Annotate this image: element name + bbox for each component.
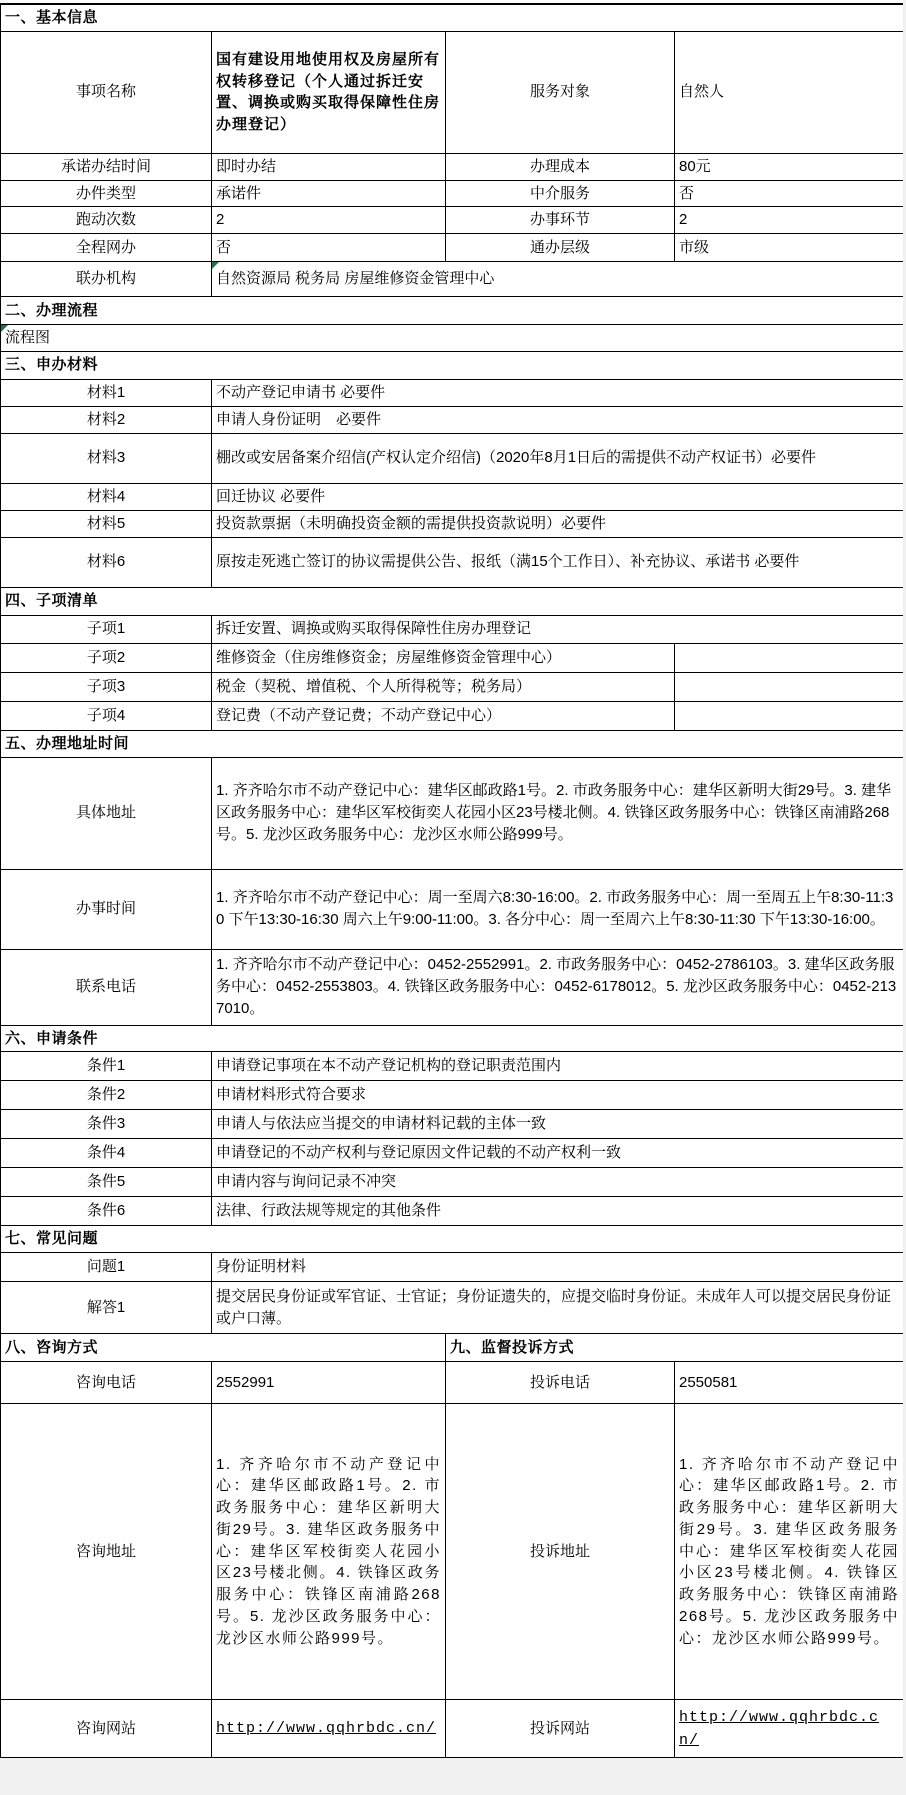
value-subitem-2: 维修资金（住房维修资金；房屋维修资金管理中心） — [212, 643, 675, 672]
label-trip-count: 跑动次数 — [1, 207, 212, 234]
value-complaint-website: http://www.qqhrbdc.cn/ — [675, 1700, 904, 1758]
section-title-basic-info: 一、基本信息 — [1, 4, 904, 31]
label-complaint-address: 投诉地址 — [446, 1404, 675, 1700]
label-condition-6: 条件6 — [1, 1197, 212, 1226]
value-consult-phone: 2552991 — [212, 1362, 446, 1404]
label-condition-3: 条件3 — [1, 1110, 212, 1139]
section-title-process: 二、办理流程 — [1, 297, 904, 325]
label-consult-address: 咨询地址 — [1, 1404, 212, 1700]
value-complaint-phone: 2550581 — [675, 1362, 904, 1404]
label-online-whole: 全程网办 — [1, 234, 212, 262]
flow-chart-cell: 流程图 — [1, 325, 904, 352]
value-condition-3: 申请人与依法应当提交的申请材料记载的主体一致 — [212, 1110, 904, 1139]
value-question-1: 身份证明材料 — [212, 1253, 904, 1282]
label-address: 具体地址 — [1, 757, 212, 869]
value-contact-phone: 1. 齐齐哈尔市不动产登记中心：0452-2552991。2. 市政务服务中心：… — [212, 949, 904, 1025]
label-material-1: 材料1 — [1, 379, 212, 406]
section-title-faq: 七、常见问题 — [1, 1226, 904, 1253]
value-handle-cost: 80元 — [675, 153, 904, 180]
value-agency-service: 否 — [675, 180, 904, 207]
label-item-name: 事项名称 — [1, 31, 212, 153]
value-material-1: 不动产登记申请书 必要件 — [212, 379, 904, 406]
label-material-2: 材料2 — [1, 406, 212, 433]
label-subitem-4: 子项4 — [1, 701, 212, 730]
label-agency-service: 中介服务 — [446, 180, 675, 207]
label-complaint-website: 投诉网站 — [446, 1700, 675, 1758]
label-subitem-1: 子项1 — [1, 615, 212, 643]
value-material-6: 原按走死逃亡签订的协议需提供公告、报纸（满15个工作日）、补充协议、承诺书 必要… — [212, 537, 904, 587]
label-consult-phone: 咨询电话 — [1, 1362, 212, 1404]
label-case-type: 办件类型 — [1, 180, 212, 207]
value-material-2: 申请人身份证明 必要件 — [212, 406, 904, 433]
value-material-4: 回迁协议 必要件 — [212, 483, 904, 510]
label-service-object: 服务对象 — [446, 31, 675, 153]
service-info-table: 一、基本信息 事项名称 国有建设用地使用权及房屋所有权转移登记（个人通过拆迁安置… — [0, 3, 904, 1758]
empty-cell — [675, 701, 904, 730]
label-joint-org: 联办机构 — [1, 262, 212, 297]
label-condition-2: 条件2 — [1, 1081, 212, 1110]
label-complaint-phone: 投诉电话 — [446, 1362, 675, 1404]
consult-website-link[interactable]: http://www.qqhrbdc.cn/ — [216, 1720, 436, 1737]
value-case-type: 承诺件 — [212, 180, 446, 207]
value-online-whole: 否 — [212, 234, 446, 262]
excel-green-triangle — [212, 262, 219, 269]
value-condition-5: 申请内容与询问记录不冲突 — [212, 1168, 904, 1197]
value-promise-time: 即时办结 — [212, 153, 446, 180]
value-item-name: 国有建设用地使用权及房屋所有权转移登记（个人通过拆迁安置、调换或购买取得保障性住… — [212, 31, 446, 153]
section-title-consult: 八、咨询方式 — [1, 1334, 446, 1362]
value-condition-4: 申请登记的不动产权利与登记原因文件记载的不动产权利一致 — [212, 1139, 904, 1168]
value-consult-address: 1. 齐齐哈尔市不动产登记中心：建华区邮政路1号。2. 市政务服务中心：建华区新… — [212, 1404, 446, 1700]
section-title-complaint: 九、监督投诉方式 — [446, 1334, 904, 1362]
value-office-hours: 1. 齐齐哈尔市不动产登记中心：周一至周六8:30-16:00。2. 市政务服务… — [212, 869, 904, 949]
value-subitem-4: 登记费（不动产登记费；不动产登记中心） — [212, 701, 675, 730]
section-title-address-time: 五、办理地址时间 — [1, 730, 904, 757]
label-condition-4: 条件4 — [1, 1139, 212, 1168]
label-material-4: 材料4 — [1, 483, 212, 510]
excel-green-triangle — [1, 325, 8, 332]
label-answer-1: 解答1 — [1, 1282, 212, 1334]
label-steps: 办事环节 — [446, 207, 675, 234]
label-promise-time: 承诺办结时间 — [1, 153, 212, 180]
value-service-object: 自然人 — [675, 31, 904, 153]
label-material-5: 材料5 — [1, 510, 212, 537]
section-title-subitems: 四、子项清单 — [1, 587, 904, 615]
label-question-1: 问题1 — [1, 1253, 212, 1282]
section-title-materials: 三、申办材料 — [1, 351, 904, 379]
empty-cell — [675, 672, 904, 701]
empty-cell — [675, 643, 904, 672]
label-material-3: 材料3 — [1, 433, 212, 483]
label-consult-website: 咨询网站 — [1, 1700, 212, 1758]
label-condition-1: 条件1 — [1, 1052, 212, 1081]
value-subitem-3: 税金（契税、增值税、个人所得税等；税务局） — [212, 672, 675, 701]
value-condition-2: 申请材料形式符合要求 — [212, 1081, 904, 1110]
value-answer-1: 提交居民身份证或军官证、士官证；身份证遗失的，应提交临时身份证。未成年人可以提交… — [212, 1282, 904, 1334]
value-subitem-1: 拆迁安置、调换或购买取得保障性住房办理登记 — [212, 615, 904, 643]
label-handle-cost: 办理成本 — [446, 153, 675, 180]
value-condition-1: 申请登记事项在本不动产登记机构的登记职责范围内 — [212, 1052, 904, 1081]
flow-chart-label: 流程图 — [5, 329, 50, 346]
value-universal-level: 市级 — [675, 234, 904, 262]
label-subitem-2: 子项2 — [1, 643, 212, 672]
label-subitem-3: 子项3 — [1, 672, 212, 701]
section-title-conditions: 六、申请条件 — [1, 1025, 904, 1052]
value-material-3: 棚改或安居备案介绍信(产权认定介绍信)（2020年8月1日后的需提供不动产权证书… — [212, 433, 904, 483]
joint-org-text: 自然资源局 税务局 房屋维修资金管理中心 — [216, 270, 494, 287]
value-joint-org: 自然资源局 税务局 房屋维修资金管理中心 — [212, 262, 904, 297]
label-office-hours: 办事时间 — [1, 869, 212, 949]
service-info-sheet: 一、基本信息 事项名称 国有建设用地使用权及房屋所有权转移登记（个人通过拆迁安置… — [0, 0, 903, 1758]
value-complaint-address: 1. 齐齐哈尔市不动产登记中心：建华区邮政路1号。2. 市政务服务中心：建华区新… — [675, 1404, 904, 1700]
label-condition-5: 条件5 — [1, 1168, 212, 1197]
label-universal-level: 通办层级 — [446, 234, 675, 262]
label-contact-phone: 联系电话 — [1, 949, 212, 1025]
value-material-5: 投资款票据（未明确投资金额的需提供投资款说明）必要件 — [212, 510, 904, 537]
complaint-website-link[interactable]: http://www.qqhrbdc.cn/ — [679, 1709, 879, 1749]
value-steps: 2 — [675, 207, 904, 234]
value-address: 1. 齐齐哈尔市不动产登记中心：建华区邮政路1号。2. 市政务服务中心：建华区新… — [212, 757, 904, 869]
value-consult-website: http://www.qqhrbdc.cn/ — [212, 1700, 446, 1758]
value-trip-count: 2 — [212, 207, 446, 234]
label-material-6: 材料6 — [1, 537, 212, 587]
value-condition-6: 法律、行政法规等规定的其他条件 — [212, 1197, 904, 1226]
